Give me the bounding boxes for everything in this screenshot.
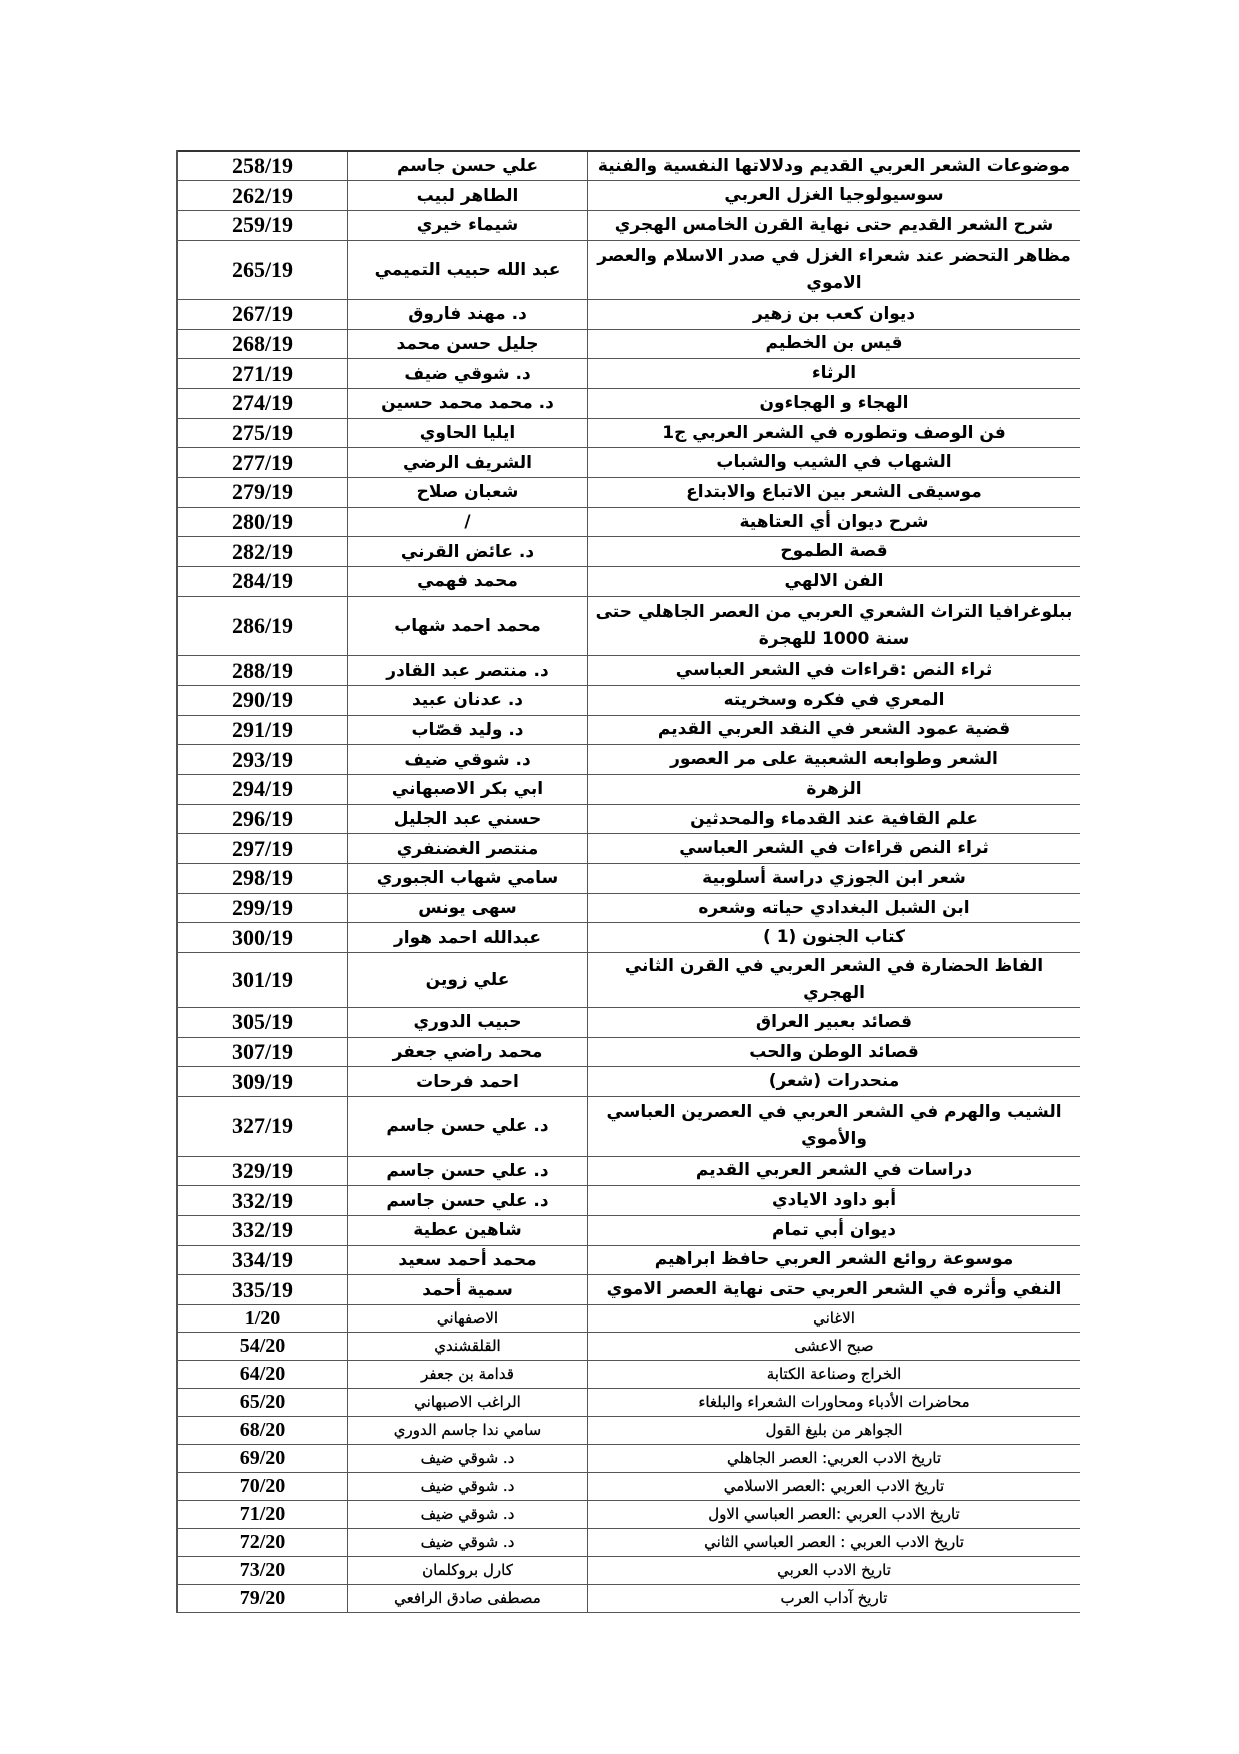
table-row: 301/19علي زوينالفاظ الحضارة في الشعر الع… [177, 953, 1080, 1008]
author-cell: د. شوقي ضيف [348, 1528, 588, 1556]
catalog-code-cell: 329/19 [177, 1156, 348, 1186]
title-cell: منحدرات (شعر) [588, 1067, 1081, 1097]
title-cell: ابن الشبل البغدادي حياته وشعره [588, 893, 1081, 923]
catalog-code-cell: 69/20 [177, 1444, 348, 1472]
author-cell: محمد راضي جعفر [348, 1037, 588, 1067]
author-cell: د. علي حسن جاسم [348, 1097, 588, 1156]
table-row: 298/19سامي شهاب الجبوريشعر ابن الجوزي در… [177, 864, 1080, 894]
title-cell: ببلوغرافيا التراث الشعري العربي من العصر… [588, 596, 1081, 655]
catalog-code-cell: 1/20 [177, 1304, 348, 1332]
author-cell: محمد احمد شهاب [348, 596, 588, 655]
table-row: 280/19/شرح ديوان أي العتاهية [177, 507, 1080, 537]
catalog-code-cell: 271/19 [177, 359, 348, 389]
title-cell: المعري في فكره وسخريته [588, 685, 1081, 715]
author-cell: مصطفى صادق الرافعي [348, 1584, 588, 1612]
table-row: 291/19د. وليد قصّابقضية عمود الشعر في ال… [177, 715, 1080, 745]
author-cell: عبدالله احمد هوار [348, 923, 588, 953]
title-cell: صبح الاعشى [588, 1332, 1081, 1360]
title-cell: تاريخ آداب العرب [588, 1584, 1081, 1612]
table-row: 299/19سهى يونسابن الشبل البغدادي حياته و… [177, 893, 1080, 923]
table-row: 265/19عبد الله حبيب التميميمظاهر التحضر … [177, 240, 1080, 299]
catalog-code-cell: 327/19 [177, 1097, 348, 1156]
table-row: 286/19محمد احمد شهابببلوغرافيا التراث ال… [177, 596, 1080, 655]
table-row: 275/19ايليا الحاويفن الوصف وتطوره في الش… [177, 418, 1080, 448]
author-cell: د. شوقي ضيف [348, 1472, 588, 1500]
catalog-code-cell: 284/19 [177, 567, 348, 597]
table-row: 271/19د. شوقي ضيفالرثاء [177, 359, 1080, 389]
catalog-code-cell: 275/19 [177, 418, 348, 448]
title-cell: الجواهر من بليغ القول [588, 1416, 1081, 1444]
author-cell: د. مهند فاروق [348, 299, 588, 329]
catalog-code-cell: 72/20 [177, 1528, 348, 1556]
title-cell: النفي وأثره في الشعر العربي حتى نهاية ال… [588, 1275, 1081, 1305]
table-row: 284/19محمد فهميالفن الالهي [177, 567, 1080, 597]
title-cell: شعر ابن الجوزي دراسة أسلوبية [588, 864, 1081, 894]
title-cell: الخراج وصناعة الكتابة [588, 1360, 1081, 1388]
author-cell: الاصفهاني [348, 1304, 588, 1332]
title-cell: ديوان كعب بن زهير [588, 299, 1081, 329]
table-row: 258/19علي حسن جاسمموضوعات الشعر العربي ا… [177, 151, 1080, 181]
author-cell: قدامة بن جعفر [348, 1360, 588, 1388]
document-page: 258/19علي حسن جاسمموضوعات الشعر العربي ا… [0, 0, 1239, 1754]
author-cell: الطاهر لبيب [348, 181, 588, 211]
catalog-code-cell: 296/19 [177, 804, 348, 834]
author-cell: سمية أحمد [348, 1275, 588, 1305]
author-cell: د. عائض القرني [348, 537, 588, 567]
catalog-code-cell: 299/19 [177, 893, 348, 923]
title-cell: كتاب الجنون (1 ) [588, 923, 1081, 953]
table-row: 1/20الاصفهانيالاغاني [177, 1304, 1080, 1332]
author-cell: د. وليد قصّاب [348, 715, 588, 745]
table-row: 297/19منتصر الغضنفريثراء النص قراءات في … [177, 834, 1080, 864]
catalog-code-cell: 268/19 [177, 329, 348, 359]
catalog-code-cell: 277/19 [177, 448, 348, 478]
table-row: 290/19د. عدنان عبيدالمعري في فكره وسخريت… [177, 685, 1080, 715]
author-cell: سامي شهاب الجبوري [348, 864, 588, 894]
catalog-code-cell: 79/20 [177, 1584, 348, 1612]
table-row: 267/19د. مهند فاروقديوان كعب بن زهير [177, 299, 1080, 329]
author-cell: حبيب الدوري [348, 1008, 588, 1038]
catalog-code-cell: 73/20 [177, 1556, 348, 1584]
title-cell: قصائد الوطن والحب [588, 1037, 1081, 1067]
title-cell: الرثاء [588, 359, 1081, 389]
catalog-code-cell: 274/19 [177, 389, 348, 419]
title-cell: الشعر وطوابعه الشعبية على مر العصور [588, 745, 1081, 775]
table-row: 332/19شاهين عطيةديوان أبي تمام [177, 1215, 1080, 1245]
table-row: 262/19الطاهر لبيبسوسيولوجيا الغزل العربي [177, 181, 1080, 211]
title-cell: الهجاء و الهجاءون [588, 389, 1081, 419]
catalog-code-cell: 71/20 [177, 1500, 348, 1528]
title-cell: سوسيولوجيا الغزل العربي [588, 181, 1081, 211]
author-cell: عبد الله حبيب التميمي [348, 240, 588, 299]
table-row: 327/19د. علي حسن جاسمالشيب والهرم في الش… [177, 1097, 1080, 1156]
author-cell: د. علي حسن جاسم [348, 1156, 588, 1186]
table-row: 288/19د. منتصر عبد القادرثراء النص :قراء… [177, 656, 1080, 686]
table-row: 296/19حسني عبد الجليلعلم القافية عند الق… [177, 804, 1080, 834]
title-cell: ثراء النص قراءات في الشعر العباسي [588, 834, 1081, 864]
catalog-code-cell: 291/19 [177, 715, 348, 745]
author-cell: شاهين عطية [348, 1215, 588, 1245]
catalog-code-cell: 70/20 [177, 1472, 348, 1500]
catalog-code-cell: 280/19 [177, 507, 348, 537]
author-cell: ابي بكر الاصبهاني [348, 774, 588, 804]
author-cell: د. شوقي ضيف [348, 359, 588, 389]
catalog-code-cell: 297/19 [177, 834, 348, 864]
title-cell: موضوعات الشعر العربي القديم ودلالاتها ال… [588, 151, 1081, 181]
table-row: 335/19سمية أحمدالنفي وأثره في الشعر العر… [177, 1275, 1080, 1305]
author-cell: د. شوقي ضيف [348, 1500, 588, 1528]
author-cell: الراغب الاصبهاني [348, 1388, 588, 1416]
catalog-code-cell: 305/19 [177, 1008, 348, 1038]
title-cell: قصائد بعبير العراق [588, 1008, 1081, 1038]
catalog-code-cell: 298/19 [177, 864, 348, 894]
table-row: 70/20د. شوقي ضيفتاريخ الادب العربي :العص… [177, 1472, 1080, 1500]
table-row: 274/19د. محمد محمد حسينالهجاء و الهجاءون [177, 389, 1080, 419]
catalog-code-cell: 300/19 [177, 923, 348, 953]
table-row: 300/19عبدالله احمد هواركتاب الجنون (1 ) [177, 923, 1080, 953]
title-cell: مظاهر التحضر عند شعراء الغزل في صدر الاس… [588, 240, 1081, 299]
title-cell: موسيقى الشعر بين الاتباع والابتداع [588, 478, 1081, 508]
catalog-code-cell: 334/19 [177, 1245, 348, 1275]
catalog-code-cell: 309/19 [177, 1067, 348, 1097]
author-cell: د. محمد محمد حسين [348, 389, 588, 419]
title-cell: ديوان أبي تمام [588, 1215, 1081, 1245]
author-cell: جليل حسن محمد [348, 329, 588, 359]
catalog-code-cell: 286/19 [177, 596, 348, 655]
author-cell: كارل بروكلمان [348, 1556, 588, 1584]
title-cell: تاريخ الادب العربي: العصر الجاهلي [588, 1444, 1081, 1472]
title-cell: قيس بن الخطيم [588, 329, 1081, 359]
catalog-code-cell: 293/19 [177, 745, 348, 775]
title-cell: تاريخ الادب العربي [588, 1556, 1081, 1584]
catalog-code-cell: 265/19 [177, 240, 348, 299]
table-row: 73/20كارل بروكلمانتاريخ الادب العربي [177, 1556, 1080, 1584]
catalog-code-cell: 282/19 [177, 537, 348, 567]
table-row: 277/19الشريف الرضيالشهاب في الشيب والشبا… [177, 448, 1080, 478]
table-row: 54/20القلقشنديصبح الاعشى [177, 1332, 1080, 1360]
table-row: 282/19د. عائض القرنيقصة الطموح [177, 537, 1080, 567]
title-cell: شرح الشعر القديم حتى نهاية القرن الخامس … [588, 210, 1081, 240]
title-cell: ثراء النص :قراءات في الشعر العباسي [588, 656, 1081, 686]
table-body: 258/19علي حسن جاسمموضوعات الشعر العربي ا… [177, 151, 1080, 1612]
table-row: 65/20الراغب الاصبهانيمحاضرات الأدباء ومح… [177, 1388, 1080, 1416]
catalog-code-cell: 54/20 [177, 1332, 348, 1360]
title-cell: تاريخ الادب العربي :العصر الاسلامي [588, 1472, 1081, 1500]
catalog-code-cell: 301/19 [177, 953, 348, 1008]
catalog-code-cell: 259/19 [177, 210, 348, 240]
author-cell: احمد فرحات [348, 1067, 588, 1097]
author-cell: سهى يونس [348, 893, 588, 923]
title-cell: الزهرة [588, 774, 1081, 804]
catalog-code-cell: 294/19 [177, 774, 348, 804]
table-row: 334/19محمد أحمد سعيدموسوعة روائع الشعر ا… [177, 1245, 1080, 1275]
table-row: 64/20قدامة بن جعفرالخراج وصناعة الكتابة [177, 1360, 1080, 1388]
author-cell: د. شوقي ضيف [348, 745, 588, 775]
author-cell: شيماء خيري [348, 210, 588, 240]
catalog-code-cell: 258/19 [177, 151, 348, 181]
author-cell: د. علي حسن جاسم [348, 1186, 588, 1216]
title-cell: الفن الالهي [588, 567, 1081, 597]
title-cell: أبو داود الايادي [588, 1186, 1081, 1216]
title-cell: الشيب والهرم في الشعر العربي في العصرين … [588, 1097, 1081, 1156]
title-cell: الاغاني [588, 1304, 1081, 1332]
catalog-code-cell: 307/19 [177, 1037, 348, 1067]
title-cell: قضية عمود الشعر في النقد العربي القديم [588, 715, 1081, 745]
table-row: 332/19د. علي حسن جاسمأبو داود الايادي [177, 1186, 1080, 1216]
table-row: 279/19شعبان صلاحموسيقى الشعر بين الاتباع… [177, 478, 1080, 508]
author-cell: ايليا الحاوي [348, 418, 588, 448]
title-cell: الشهاب في الشيب والشباب [588, 448, 1081, 478]
table-row: 293/19د. شوقي ضيفالشعر وطوابعه الشعبية ع… [177, 745, 1080, 775]
title-cell: تاريخ الادب العربي :العصر العباسي الاول [588, 1500, 1081, 1528]
title-cell: محاضرات الأدباء ومحاورات الشعراء والبلغا… [588, 1388, 1081, 1416]
author-cell: سامي ندا جاسم الدوري [348, 1416, 588, 1444]
table-row: 79/20مصطفى صادق الرافعيتاريخ آداب العرب [177, 1584, 1080, 1612]
catalog-code-cell: 332/19 [177, 1186, 348, 1216]
table-row: 69/20د. شوقي ضيفتاريخ الادب العربي: العص… [177, 1444, 1080, 1472]
catalog-code-cell: 288/19 [177, 656, 348, 686]
author-cell: / [348, 507, 588, 537]
table-row: 294/19ابي بكر الاصبهانيالزهرة [177, 774, 1080, 804]
title-cell: علم القافية عند القدماء والمحدثين [588, 804, 1081, 834]
title-cell: دراسات في الشعر العربي القديم [588, 1156, 1081, 1186]
catalog-code-cell: 290/19 [177, 685, 348, 715]
author-cell: د. منتصر عبد القادر [348, 656, 588, 686]
catalog-code-cell: 335/19 [177, 1275, 348, 1305]
table-row: 329/19د. علي حسن جاسمدراسات في الشعر الع… [177, 1156, 1080, 1186]
title-cell: موسوعة روائع الشعر العربي حافظ ابراهيم [588, 1245, 1081, 1275]
title-cell: الفاظ الحضارة في الشعر العربي في القرن ا… [588, 953, 1081, 1008]
title-cell: شرح ديوان أي العتاهية [588, 507, 1081, 537]
table-row: 305/19حبيب الدوريقصائد بعبير العراق [177, 1008, 1080, 1038]
author-cell: محمد أحمد سعيد [348, 1245, 588, 1275]
catalog-code-cell: 279/19 [177, 478, 348, 508]
catalog-code-cell: 68/20 [177, 1416, 348, 1444]
author-cell: محمد فهمي [348, 567, 588, 597]
table-row: 259/19شيماء خيريشرح الشعر القديم حتى نها… [177, 210, 1080, 240]
author-cell: الشريف الرضي [348, 448, 588, 478]
title-cell: تاريخ الادب العربي : العصر العباسي الثان… [588, 1528, 1081, 1556]
table-row: 71/20د. شوقي ضيفتاريخ الادب العربي :العص… [177, 1500, 1080, 1528]
author-cell: القلقشندي [348, 1332, 588, 1360]
table-row: 309/19احمد فرحاتمنحدرات (شعر) [177, 1067, 1080, 1097]
author-cell: د. شوقي ضيف [348, 1444, 588, 1472]
author-cell: علي حسن جاسم [348, 151, 588, 181]
title-cell: فن الوصف وتطوره في الشعر العربي ج1 [588, 418, 1081, 448]
author-cell: حسني عبد الجليل [348, 804, 588, 834]
table-row: 72/20د. شوقي ضيفتاريخ الادب العربي : الع… [177, 1528, 1080, 1556]
author-cell: منتصر الغضنفري [348, 834, 588, 864]
catalog-code-cell: 64/20 [177, 1360, 348, 1388]
table-row: 268/19جليل حسن محمدقيس بن الخطيم [177, 329, 1080, 359]
title-cell: قصة الطموح [588, 537, 1081, 567]
catalog-code-cell: 65/20 [177, 1388, 348, 1416]
author-cell: شعبان صلاح [348, 478, 588, 508]
catalog-code-cell: 332/19 [177, 1215, 348, 1245]
table-row: 68/20سامي ندا جاسم الدوريالجواهر من بليغ… [177, 1416, 1080, 1444]
table-row: 307/19محمد راضي جعفرقصائد الوطن والحب [177, 1037, 1080, 1067]
author-cell: د. عدنان عبيد [348, 685, 588, 715]
book-catalog-table: 258/19علي حسن جاسمموضوعات الشعر العربي ا… [176, 150, 1080, 1613]
catalog-code-cell: 262/19 [177, 181, 348, 211]
author-cell: علي زوين [348, 953, 588, 1008]
catalog-code-cell: 267/19 [177, 299, 348, 329]
